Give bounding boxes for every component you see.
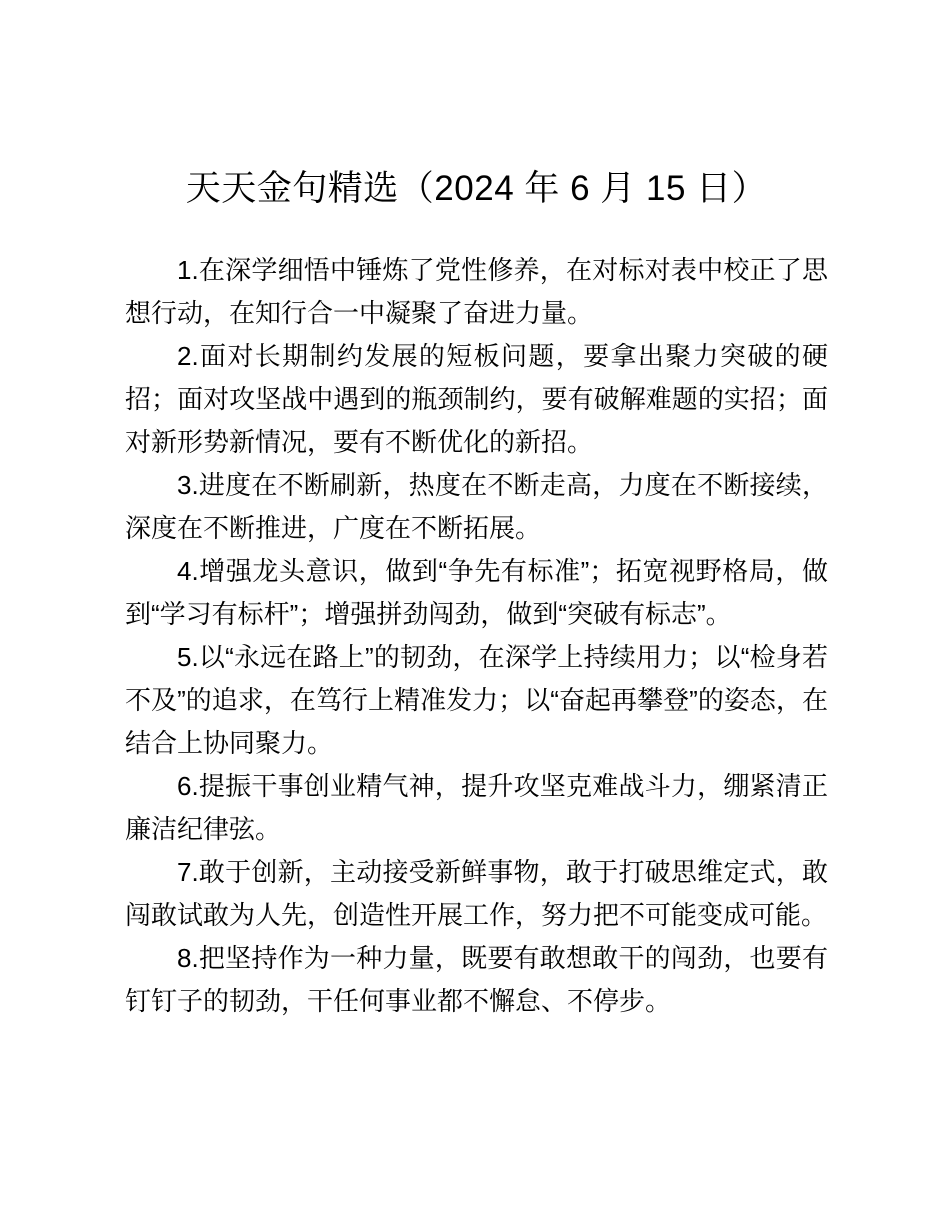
paragraph-6: 6.提振干事创业精气神，提升攻坚克难战斗力，绷紧清正廉洁纪律弦。 (125, 765, 828, 851)
paragraph-7: 7.敢于创新，主动接受新鲜事物，敢于打破思维定式，敢闯敢试敢为人先，创造性开展工… (125, 851, 828, 937)
paragraph-4: 4.增强龙头意识，做到“争先有标准”；拓宽视野格局，做到“学习有标杆”；增强拼劲… (125, 550, 828, 636)
document-title: 天天金句精选（2024 年 6 月 15 日） (125, 165, 828, 213)
paragraph-5: 5.以“永远在路上”的韧劲，在深学上持续用力；以“检身若不及”的追求，在笃行上精… (125, 636, 828, 765)
paragraph-2: 2.面对长期制约发展的短板问题，要拿出聚力突破的硬招；面对攻坚战中遇到的瓶颈制约… (125, 335, 828, 464)
paragraph-3: 3.进度在不断刷新，热度在不断走高，力度在不断接续，深度在不断推进，广度在不断拓… (125, 464, 828, 550)
document-page: 天天金句精选（2024 年 6 月 15 日） 1.在深学细悟中锤炼了党性修养，… (0, 0, 950, 1230)
document-body: 1.在深学细悟中锤炼了党性修养，在对标对表中校正了思想行动，在知行合一中凝聚了奋… (125, 249, 828, 1023)
paragraph-1: 1.在深学细悟中锤炼了党性修养，在对标对表中校正了思想行动，在知行合一中凝聚了奋… (125, 249, 828, 335)
paragraph-8: 8.把坚持作为一种力量，既要有敢想敢干的闯劲，也要有钉钉子的韧劲，干任何事业都不… (125, 937, 828, 1023)
